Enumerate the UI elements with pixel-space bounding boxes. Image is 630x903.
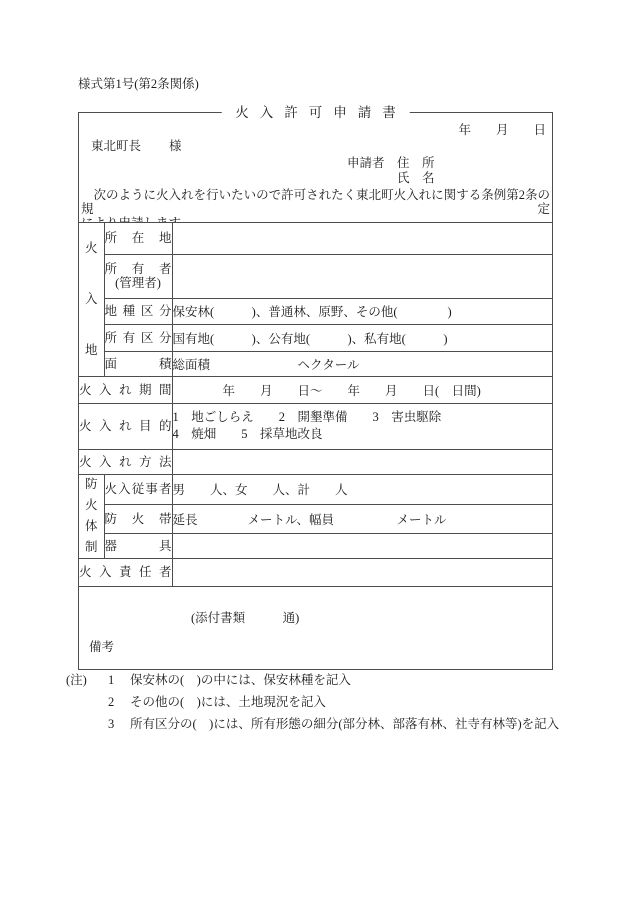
value-land-type: 保安林( )、普通林、原野、その他( ): [172, 298, 552, 324]
label-purpose: 火入れ目的: [79, 403, 172, 449]
row-method: 火入れ方法: [79, 449, 552, 474]
attachments-line: (添付書類 通): [191, 608, 552, 626]
group-fire-prevention-label: 防火体制: [79, 475, 104, 558]
notes-label: (注): [66, 673, 108, 687]
addressee: 東北町長: [91, 139, 141, 153]
group-fire-prevention: 防火体制: [79, 474, 104, 558]
row-purpose: 火入れ目的 1 地ごしらえ 2 開墾準備 3 害虫駆除 4 焼畑 5 採草地改良: [79, 403, 552, 449]
row-equipment: 器具: [79, 533, 552, 558]
note-text: 保安林の( )の中には、保安林種を記入: [130, 673, 614, 687]
label-location: 所在地: [104, 223, 172, 254]
row-location: 火入地 所在地: [79, 223, 552, 254]
row-ownership: 所有区分 国有地( )、公有地( )、私有地( ): [79, 324, 552, 351]
value-period: 年 月 日～ 年 月 日( 日間): [172, 376, 552, 403]
note-text: 所有区分の( )には、所有形態の細分(部分林、部落有林、社寺有林等)を記入: [130, 717, 614, 731]
note-number: 1: [108, 673, 130, 687]
date-line: 年 月 日: [79, 122, 552, 138]
intro-line-1: 次のように火入れを行いたいので許可されたく東北町火入れに関する条例第2条の規定: [79, 185, 552, 216]
value-responsible: [172, 558, 552, 586]
value-purpose: 1 地ごしらえ 2 開墾準備 3 害虫駆除 4 焼畑 5 採草地改良: [172, 403, 552, 449]
group-fire-site-label: 火入地: [79, 223, 104, 376]
value-ownership: 国有地( )、公有地( )、私有地( ): [172, 324, 552, 351]
note-text: その他の( )には、土地現況を記入: [130, 695, 614, 709]
row-land-type: 地種区分 保安林( )、普通林、原野、その他( ): [79, 298, 552, 324]
application-table: 火入地 所在地 所有者 (管理者) 地種区分 保安林( )、普通林、原野、その: [79, 223, 552, 670]
label-ownership: 所有区分: [104, 324, 172, 351]
row-remarks: (添付書類 通) 備考: [79, 586, 552, 670]
note-item-2: 2その他の( )には、土地現況を記入: [66, 695, 614, 709]
value-area: 総面積 ヘクタール: [172, 351, 552, 376]
label-workers: 火入従事者: [104, 474, 172, 504]
value-method: [172, 449, 552, 474]
note-item-3: 3所有区分の( )には、所有形態の細分(部分林、部落有林、社寺有林等)を記入: [66, 717, 614, 731]
form-number: 様式第1号(第2条関係): [78, 77, 199, 91]
purpose-options-line-1: 1 地ごしらえ 2 開墾準備 3 害虫駆除: [173, 409, 553, 426]
label-equipment: 器具: [104, 533, 172, 558]
form-title: 火入許可申請書: [221, 105, 410, 121]
label-firebreak: 防火帯: [104, 504, 172, 533]
value-workers: 男 人、女 人、計 人: [172, 474, 552, 504]
label-owner: 所有者 (管理者): [104, 254, 172, 298]
group-fire-site: 火入地: [79, 223, 104, 376]
row-area: 面積 総面積 ヘクタール: [79, 351, 552, 376]
label-period: 火入れ期間: [79, 376, 172, 403]
label-land-type: 地種区分: [104, 298, 172, 324]
row-firebreak: 防火帯 延長 メートル、幅員 メートル: [79, 504, 552, 533]
notes-section: (注)1保安林の( )の中には、保安林種を記入 2その他の( )には、土地現況を…: [66, 673, 614, 739]
label-method: 火入れ方法: [79, 449, 172, 474]
addressee-line: 東北町長様: [79, 138, 552, 155]
value-owner: [172, 254, 552, 298]
row-period: 火入れ期間 年 月 日～ 年 月 日( 日間): [79, 376, 552, 403]
value-equipment: [172, 533, 552, 558]
value-location: [172, 223, 552, 254]
label-area: 面積: [104, 351, 172, 376]
purpose-options-line-2: 4 焼畑 5 採草地改良: [173, 426, 553, 443]
label-owner-manager: (管理者): [105, 276, 172, 290]
note-number: 3: [108, 717, 130, 731]
value-firebreak: 延長 メートル、幅員 メートル: [172, 504, 552, 533]
application-form-box: 火入許可申請書 年 月 日 東北町長様 申請者 住 所 氏 名 次のように火入れ…: [78, 112, 553, 670]
remarks-label: 備考: [89, 637, 552, 655]
addressee-honorific: 様: [169, 139, 182, 153]
row-owner: 所有者 (管理者): [79, 254, 552, 298]
intro-line-2: により申請します。: [79, 216, 552, 223]
applicant-name-line: 氏 名: [79, 171, 552, 185]
form-header: 年 月 日 東北町長様 申請者 住 所 氏 名 次のように火入れを行いたいので許…: [79, 113, 552, 223]
note-item-1: (注)1保安林の( )の中には、保安林種を記入: [66, 673, 614, 687]
label-responsible: 火入責任者: [79, 558, 172, 586]
row-workers: 防火体制 火入従事者 男 人、女 人、計 人: [79, 474, 552, 504]
document-page: 様式第1号(第2条関係) 火入許可申請書 年 月 日 東北町長様 申請者 住 所…: [0, 0, 630, 903]
applicant-address-line: 申請者 住 所: [79, 155, 552, 171]
row-responsible: 火入責任者: [79, 558, 552, 586]
remarks-cell: (添付書類 通) 備考: [79, 586, 552, 670]
note-number: 2: [108, 695, 130, 709]
